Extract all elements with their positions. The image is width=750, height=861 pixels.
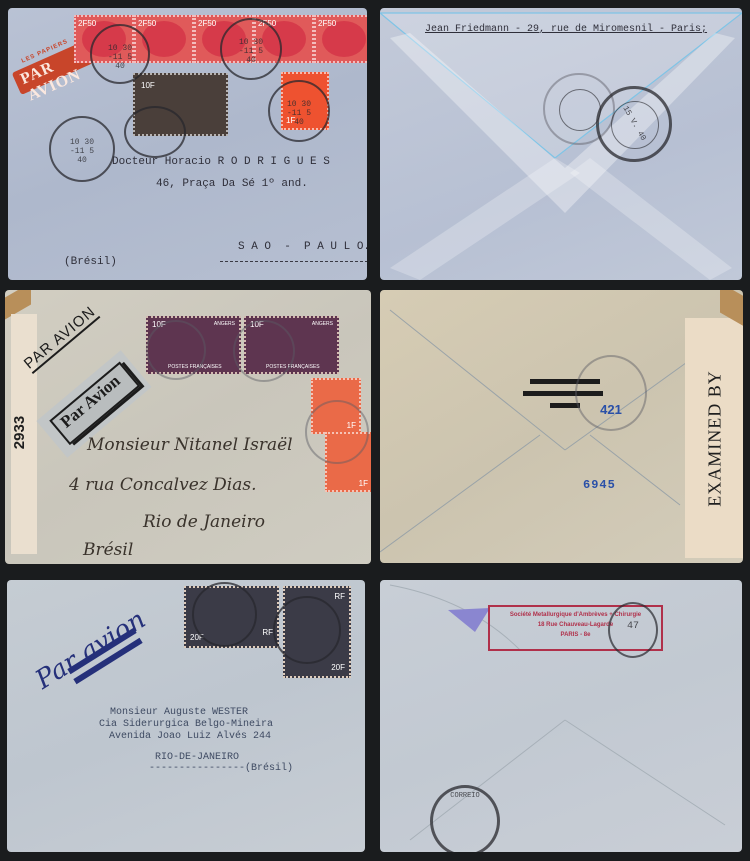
cover-3-front: Par avion 20F RF RF 20F Monsieur Auguste… — [7, 580, 365, 852]
postmark-correio-aereo: 15 V. 40 — [596, 86, 672, 162]
postmark-correio: CORREIO — [430, 785, 500, 852]
cover-2-back: 421 6945 EXAMINED BY — [380, 290, 743, 563]
postmark-transit: 421 — [575, 355, 647, 431]
cover-3-back: Société Metallurgique d'Ambrèves + Chiru… — [380, 580, 742, 852]
censor-tape: EXAMINED BY — [685, 318, 743, 558]
address-line: RIO-DE-JANEIRO — [155, 752, 239, 763]
postmark — [124, 106, 186, 158]
address-line: 46, Praça Da Sé 1º and. — [156, 178, 308, 190]
postmark-paris: 47 — [608, 602, 658, 658]
address-line: Brésil — [83, 540, 133, 560]
address-line: ----------------(Brésil) — [149, 763, 293, 774]
cover-1-front: LES PAPIERS PAR AVION 2F50 2F50 2F50 2F5… — [8, 8, 367, 280]
address-line: (Brésil) — [64, 256, 117, 268]
postmark: 10 30-11 540 — [90, 24, 150, 84]
address-line: Cia Siderurgica Belgo-Mineira — [99, 719, 273, 730]
postmark — [273, 596, 341, 664]
postmark: 10 30-11 540 — [49, 116, 115, 182]
postmark: 10 30-11 540 — [268, 80, 330, 142]
postmark — [305, 400, 369, 464]
censor-number: 2933 — [11, 416, 28, 449]
postmark: 10 30-11 540 — [220, 18, 282, 80]
cover-1-back: Jean Friedmann - 29, rue de Miromesnil -… — [380, 8, 742, 280]
postmark — [233, 320, 295, 382]
par-avion-label: Par avion — [30, 605, 151, 696]
address-line: Monsieur Auguste WESTER — [110, 707, 248, 718]
address-underline — [220, 261, 367, 262]
cover-2-front: 2933 PAR AVION Par Avion 10F ANGERS POST… — [5, 290, 371, 564]
address-line: 4 rua Concalvez Dias. — [69, 475, 256, 495]
sender-address: Jean Friedmann - 29, rue de Miromesnil -… — [425, 24, 707, 35]
address-line: S A O - P A U L O.- — [238, 241, 367, 253]
address-line: Rio de Janeiro — [143, 512, 265, 532]
address-line: Monsieur Nitanel Israël — [87, 435, 293, 455]
postmark — [192, 582, 257, 647]
address-line: Docteur Horacio R O D R I G U E S — [112, 156, 330, 168]
blue-number: 6945 — [583, 478, 616, 492]
address-line: Avenida Joao Luiz Alvés 244 — [109, 731, 271, 742]
censor-tape-text: EXAMINED BY — [705, 359, 726, 519]
envelope-flaps — [380, 8, 742, 280]
postmark — [146, 320, 206, 380]
censor-stamp-number: 421 — [577, 402, 645, 417]
stamp: 2F50 — [314, 15, 367, 63]
